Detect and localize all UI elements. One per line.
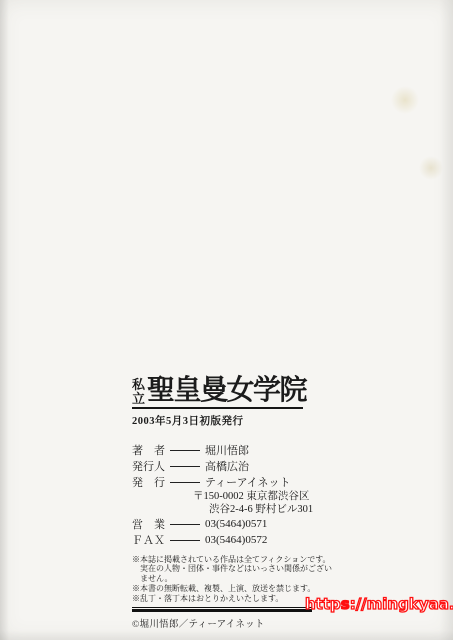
no-reproduction-note: ※本書の無断転載、複製、上演、放送を禁じます。	[132, 584, 338, 593]
title-prefix-char-bottom: 立	[132, 392, 145, 406]
publisher-person-label: 発行人	[132, 458, 168, 474]
sales-phone-value: 03(5464)0571	[205, 518, 267, 530]
dash-rule	[170, 482, 200, 483]
copyright-line: ©堀川悟郎／ティーアイネット	[132, 616, 344, 630]
fax-label: ＦＡＸ	[132, 532, 168, 548]
publisher-label: 発 行	[132, 474, 168, 490]
book-title: 私立 聖皇曼女学院	[132, 375, 344, 406]
publisher-row: 発 行 ティーアイネット	[132, 474, 344, 490]
dash-rule	[170, 540, 200, 541]
author-label: 著 者	[132, 442, 168, 458]
watermark-accent-letter: s	[341, 595, 350, 613]
publication-info-rows: 著 者 堀川悟郎 発行人 高橋広治 発 行 ティーアイネット 〒150-0002…	[132, 442, 344, 548]
publisher-value: ティーアイネット	[205, 474, 290, 490]
fiction-disclaimer-note: ※本誌に掲載されている作品は全てフィクションです。実在の人物・団体・事件などはい…	[132, 555, 338, 583]
sales-phone-row: 営 業 03(5464)0571	[132, 516, 344, 532]
scanned-colophon-page: 私立 聖皇曼女学院 2003年5月3日初版発行 著 者 堀川悟郎 発行人 高橋広…	[0, 0, 453, 640]
publisher-person-value: 高橋広治	[205, 458, 249, 474]
edition-date-line: 2003年5月3日初版発行	[132, 413, 344, 428]
colophon-block: 私立 聖皇曼女学院 2003年5月3日初版発行 著 者 堀川悟郎 発行人 高橋広…	[132, 375, 344, 630]
author-row: 著 者 堀川悟郎	[132, 442, 344, 458]
title-prefix-char-top: 私	[132, 378, 145, 392]
publisher-address-line2: 渋谷2-4-6 野村ビル301	[209, 503, 344, 516]
dash-rule	[170, 450, 200, 451]
scanlation-watermark-url: https://mingkyaa.com	[305, 595, 453, 613]
author-value: 堀川悟郎	[205, 442, 249, 458]
dash-rule	[170, 524, 200, 525]
dash-rule	[170, 466, 200, 467]
sales-label: 営 業	[132, 516, 168, 532]
watermark-rest: ://mingkyaa.com	[350, 595, 453, 613]
publisher-person-row: 発行人 高橋広治	[132, 458, 344, 474]
fax-row: ＦＡＸ 03(5464)0572	[132, 532, 344, 548]
title-prefix-private: 私立	[132, 378, 145, 406]
footer-double-rule	[132, 607, 312, 612]
title-underline	[132, 407, 303, 409]
publisher-address-line1: 〒150-0002 東京都渋谷区	[193, 490, 344, 503]
watermark-prefix: http	[305, 595, 341, 613]
title-main-text: 聖皇曼女学院	[147, 375, 306, 406]
fax-value: 03(5464)0572	[205, 534, 267, 546]
